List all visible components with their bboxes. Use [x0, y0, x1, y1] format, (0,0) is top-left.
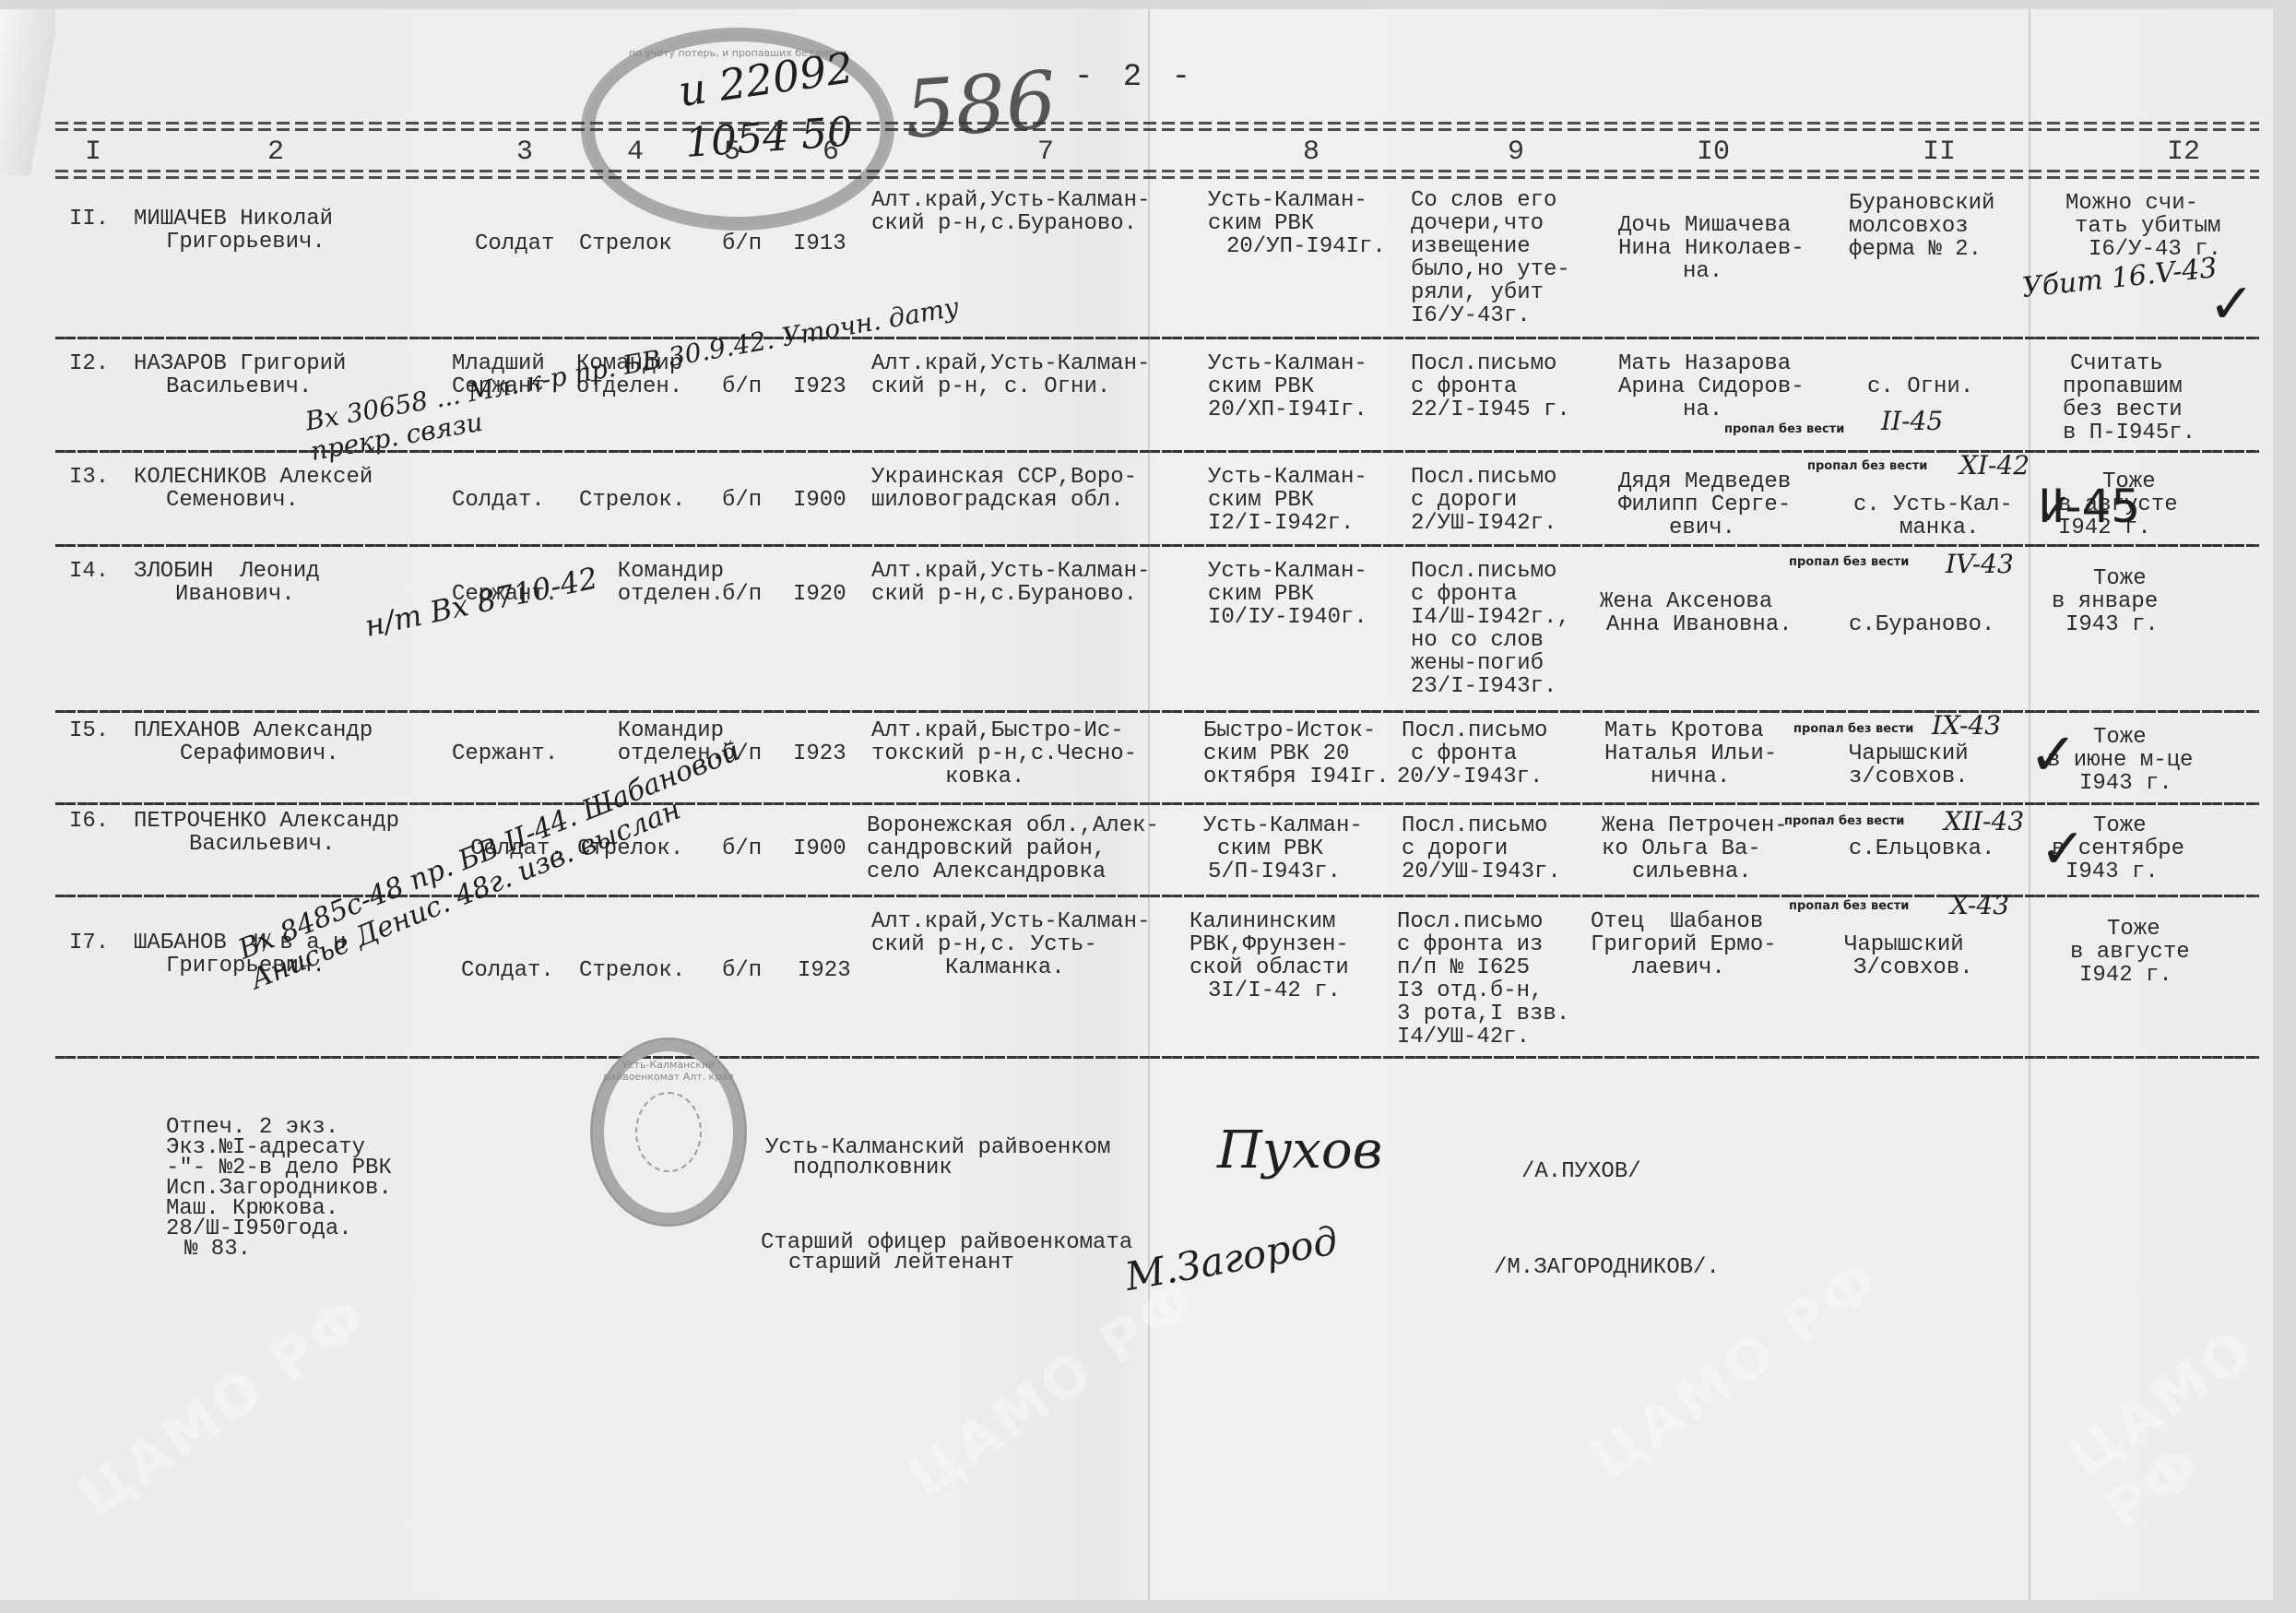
drafted-by: 20/ХП-I94Iг.: [1208, 398, 1367, 421]
soldier-patronymic: Васильевич.: [189, 833, 335, 856]
relative-address: манка.: [1900, 516, 1979, 540]
relatives: Нина Николаев-: [1618, 237, 1805, 260]
soldier-patronymic: Иванович.: [175, 583, 295, 606]
last-news: Посл.письмо: [1411, 560, 1556, 583]
relatives: Жена Аксенова: [1600, 590, 1772, 613]
birthplace: Алт.край,Усть-Калман-: [871, 189, 1150, 212]
drafted-by: Калининским: [1189, 910, 1335, 933]
position: Стрелок.: [579, 959, 685, 982]
last-news: с фронта: [1411, 375, 1517, 398]
party: б/п: [722, 583, 762, 606]
relatives: ко Ольга Ва-: [1602, 837, 1761, 860]
conclusion: в январе: [2052, 590, 2158, 613]
header-rule-top: [55, 122, 2259, 133]
drafted-by: Усть-Калман-: [1208, 560, 1367, 583]
party: б/п: [722, 837, 762, 860]
relatives: сильевна.: [1632, 860, 1752, 884]
relatives: евич.: [1669, 516, 1735, 540]
drafted-by: ским РВК: [1208, 375, 1314, 398]
drafted-by: Усть-Калман-: [1203, 814, 1363, 837]
birth-year: I920: [793, 583, 846, 606]
relatives: нична.: [1651, 765, 1730, 789]
last-news: было,но уте-: [1411, 258, 1570, 281]
stamp-date: IV-43: [1946, 549, 2014, 579]
relatives: Отец Шабанов: [1591, 910, 1763, 933]
relative-address: Чарышский: [1849, 742, 1969, 765]
soldier-patronymic: Семенович.: [166, 489, 299, 512]
relatives: Мать Назарова: [1618, 352, 1791, 375]
last-news: с фронта из: [1397, 933, 1543, 956]
last-news: I6/У-43г.: [1411, 304, 1531, 327]
column-number: I2: [2167, 136, 2200, 168]
soldier-name: ПЛЕХАНОВ Александр: [134, 719, 373, 742]
stamp-date: X-43: [1950, 890, 2009, 920]
soldier-name: КОЛЕСНИКОВ Алексей: [134, 466, 373, 489]
drafted-by: ским РВК: [1208, 489, 1314, 512]
birthplace: сандровский район,: [867, 837, 1106, 860]
conclusion: I943 г.: [2079, 772, 2172, 795]
column-number: 6: [823, 136, 839, 168]
birthplace: Алт.край,Усть-Калман-: [871, 560, 1150, 583]
relatives: Анна Ивановна.: [1606, 613, 1793, 636]
drafted-by: РВК,Фрунзен-: [1189, 933, 1349, 956]
position: Стрелок.: [579, 489, 685, 512]
drafted-by: 3I/I-42 г.: [1208, 979, 1341, 1002]
last-news: с фронта: [1411, 583, 1517, 606]
last-news: Посл.письмо: [1397, 910, 1543, 933]
handwritten-note: Вх 30658 ... Мл. к-р пр. БВ 30.9.42. Уто…: [303, 291, 968, 467]
soldier-name: ПЕТРОЧЕНКО Александр: [134, 810, 399, 833]
check-mark-icon: ✓: [2208, 272, 2255, 337]
missing-stamp: пропал без вести: [1724, 422, 1844, 436]
column-number: 8: [1303, 136, 1320, 168]
soldier-name: НАЗАРОВ Григорий: [134, 352, 346, 375]
last-news: с дороги: [1411, 489, 1517, 512]
party: б/п: [722, 232, 762, 255]
soldier-name: МИШАЧЕВ Николай: [134, 208, 333, 231]
footer-note: № 83.: [184, 1238, 251, 1261]
conclusion: пропавшим: [2063, 375, 2183, 398]
birth-year: I923: [798, 959, 851, 982]
drafted-by: ским РВК: [1217, 837, 1323, 860]
column-number: I: [85, 136, 101, 168]
column-number: 5: [724, 136, 740, 168]
drafted-by: Усть-Калман-: [1208, 352, 1367, 375]
row-divider: [55, 1056, 2259, 1059]
row-number: I7.: [69, 931, 109, 955]
watermark: ЦАМО РФ: [67, 1284, 380, 1530]
conclusion: в августе: [2070, 941, 2190, 964]
row-divider: [55, 710, 2259, 713]
birthplace: токский р-н,с.Чесно-: [871, 742, 1137, 765]
signatory-rank: подполковник: [793, 1156, 953, 1180]
row-divider: [55, 544, 2259, 547]
last-news: 3 рота,I взв.: [1397, 1002, 1569, 1026]
relative-address: с. Усть-Кал-: [1853, 493, 2013, 516]
missing-stamp: пропал без вести: [1793, 722, 1913, 736]
relatives: Филипп Серге-: [1618, 493, 1791, 516]
drafted-by: ским РВК: [1208, 583, 1314, 606]
row-number: I3.: [69, 466, 109, 489]
conclusion: Тоже: [2093, 814, 2147, 837]
birthplace: Воронежская обл.,Алек-: [867, 814, 1159, 837]
drafted-by: ским РВК 20: [1203, 742, 1349, 765]
relatives: Мать Кротова: [1604, 719, 1764, 742]
stamp-date: XI-42: [1959, 450, 2030, 480]
conclusion: тать убитым: [2075, 215, 2220, 238]
relative-address: с. Огни.: [1867, 375, 1973, 398]
relatives: на.: [1683, 398, 1722, 421]
page-number: - 2 -: [1074, 60, 1196, 95]
last-news: I4/Ш-I942г.,: [1411, 606, 1570, 629]
missing-stamp: пропал без вести: [1789, 555, 1909, 569]
birthplace: Калманка.: [945, 956, 1065, 979]
drafted-by: 5/П-I943г.: [1208, 860, 1341, 884]
rank: Солдат: [475, 232, 554, 255]
rank: Солдат.: [452, 489, 545, 512]
official-seal: Усть-Калманский райвоенкомат Алт. края: [590, 1038, 747, 1227]
signatory-name: /А.ПУХОВ/: [1521, 1160, 1641, 1183]
soldier-patronymic: Григорьевич.: [166, 231, 325, 254]
conclusion: I942 г.: [2079, 964, 2172, 987]
party: б/п: [722, 489, 762, 512]
last-news: 2/УШ-I942г.: [1411, 512, 1556, 535]
check-mark-icon: ✓: [2040, 817, 2086, 882]
last-news: жены-погиб: [1411, 652, 1544, 675]
last-news: 23/I-I943г.: [1411, 675, 1556, 698]
stamp-date: XII-43: [1944, 806, 2024, 836]
row-divider: [55, 337, 2259, 339]
birthplace: ский р-н,с.Бураново.: [871, 212, 1137, 235]
last-news: но со слов: [1411, 629, 1544, 652]
row-number: I5.: [69, 719, 109, 742]
last-news: 20/УШ-I943г.: [1402, 860, 1561, 884]
drafted-by: ским РВК: [1208, 212, 1314, 235]
column-number: II: [1923, 136, 1956, 168]
last-news: Посл.письмо: [1411, 466, 1556, 489]
conclusion: в П-I945г.: [2063, 421, 2195, 445]
last-news: с фронта: [1411, 742, 1517, 765]
soldier-name: ЗЛОБИН Леонид: [134, 560, 320, 583]
rank: Солдат.: [461, 959, 554, 982]
drafted-by: октября I94Iг.: [1203, 765, 1390, 789]
missing-stamp: пропал без вести: [1807, 459, 1927, 473]
birth-year: I913: [793, 232, 846, 255]
conclusion: Считать: [2070, 352, 2163, 375]
birthplace: Украинская ССР,Воро-: [871, 466, 1137, 489]
relative-address: З/совхов.: [1853, 956, 1973, 979]
last-news: дочери,что: [1411, 212, 1544, 235]
relative-address: Бурановский: [1849, 192, 1994, 215]
birthplace: ский р-н, с. Огни.: [871, 375, 1110, 398]
birthplace: Алт.край,Быстро-Ис-: [871, 719, 1124, 742]
relative-address: с.Ельцовка.: [1849, 837, 1994, 860]
row-divider: [55, 802, 2259, 805]
watermark: ЦАМО РФ: [2057, 1316, 2296, 1543]
birth-year: I923: [793, 742, 846, 765]
paper-corner-fold: [0, 9, 55, 175]
row-divider: [55, 450, 2259, 453]
relative-address: ферма № 2.: [1849, 238, 1982, 261]
relatives: лаевич.: [1632, 956, 1725, 979]
relative-address: с.Бураново.: [1849, 613, 1994, 636]
relative-address: з/совхов.: [1849, 765, 1969, 789]
last-news: Посл.письмо: [1411, 352, 1556, 375]
signature: Пухов: [1217, 1121, 1382, 1180]
relatives: Арина Сидоров-: [1618, 375, 1805, 398]
row-number: I4.: [69, 560, 109, 583]
relatives: Жена Петрочен-: [1602, 814, 1788, 837]
signatory-name: /М.ЗАГОРОДНИКОВ/.: [1494, 1256, 1720, 1279]
relatives: Дочь Мишачева: [1618, 214, 1791, 237]
drafted-by: Усть-Калман-: [1208, 466, 1367, 489]
rank: Сержант.: [452, 742, 558, 765]
last-news: с дороги: [1402, 837, 1508, 860]
drafted-by: ской области: [1189, 956, 1349, 979]
drafted-by: Быстро-Исток-: [1203, 719, 1376, 742]
conclusion: без вести: [2063, 398, 2183, 421]
signatory-rank: старший лейтенант: [788, 1251, 1014, 1275]
last-news: ряли, убит: [1411, 281, 1544, 304]
birthplace: село Александровка: [867, 860, 1106, 884]
drafted-by: 20/УП-I94Iг.: [1226, 235, 1386, 258]
birth-year: I900: [793, 837, 846, 860]
position: Стрелок: [579, 232, 672, 255]
signature: М.Загород: [1121, 1217, 1341, 1299]
soldier-patronymic: Васильевич.: [166, 375, 312, 398]
conclusion: I943 г.: [2065, 613, 2159, 636]
column-number: 7: [1037, 136, 1054, 168]
drafted-by: Усть-Калман-: [1208, 189, 1367, 212]
relatives: Наталья Ильи-: [1604, 742, 1777, 765]
birthplace: Алт.край,Усть-Калман-: [871, 910, 1150, 933]
birth-year: I900: [793, 489, 846, 512]
relative-address: молсовхоз: [1849, 215, 1969, 238]
last-news: извещение: [1411, 235, 1531, 258]
last-news: 22/I-I945 г.: [1411, 398, 1570, 421]
conclusion: Тоже: [2093, 726, 2147, 749]
missing-stamp: пропал без вести: [1789, 899, 1909, 913]
header-rule-bottom: [55, 170, 2259, 181]
last-news: I4/УШ-42г.: [1397, 1026, 1530, 1049]
row-number: I2.: [69, 352, 109, 375]
row-number: II.: [69, 208, 109, 231]
watermark: ЦАМО РФ: [1580, 1247, 1892, 1493]
column-number: 3: [516, 136, 533, 168]
last-news: Со слов его: [1411, 189, 1556, 212]
conclusion: Можно счи-: [2065, 192, 2198, 215]
last-news: I3 отд.б-н,: [1397, 979, 1543, 1002]
relative-address: Чарышский: [1844, 933, 1964, 956]
last-news: п/п № I625: [1397, 956, 1530, 979]
column-number: 9: [1508, 136, 1524, 168]
birthplace: ский р-н,с.Бураново.: [871, 583, 1137, 606]
row-number: I6.: [69, 810, 109, 833]
check-mark-icon: ✓: [2036, 484, 2073, 536]
stamp-date: IX-43: [1932, 710, 2001, 741]
stamp-date: II-45: [1881, 406, 1943, 436]
birthplace: ский р-н,с. Усть-: [871, 933, 1097, 956]
soldier-patronymic: Серафимович.: [180, 742, 339, 765]
column-number: 2: [267, 136, 284, 168]
column-number: 4: [627, 136, 644, 168]
missing-stamp: пропал без вести: [1784, 814, 1904, 828]
birthplace: ковка.: [945, 765, 1024, 789]
last-news: Посл.письмо: [1402, 719, 1547, 742]
last-news: Посл.письмо: [1402, 814, 1547, 837]
check-mark-icon: ✓: [2029, 721, 2078, 789]
conclusion: Тоже: [2093, 567, 2147, 590]
drafted-by: I2/I-I942г.: [1208, 512, 1354, 535]
conclusion: Тоже: [2107, 918, 2160, 941]
relatives: Григорий Ермо-: [1591, 933, 1777, 956]
column-number: I0: [1697, 136, 1730, 168]
watermark: ЦАМО РФ: [897, 1265, 1210, 1512]
party: б/п: [722, 959, 762, 982]
last-news: 20/У-I943г.: [1397, 765, 1543, 789]
document-sheet: ЦАМО РФ ЦАМО РФ ЦАМО РФ ЦАМО РФ - 2 - по…: [0, 9, 2273, 1600]
birthplace: шиловоградская обл.: [871, 489, 1124, 512]
drafted-by: I0/IУ-I940г.: [1208, 606, 1367, 629]
relatives: на.: [1683, 260, 1722, 283]
relatives: Дядя Медведев: [1618, 470, 1791, 493]
folio-number: 586: [902, 54, 1059, 157]
